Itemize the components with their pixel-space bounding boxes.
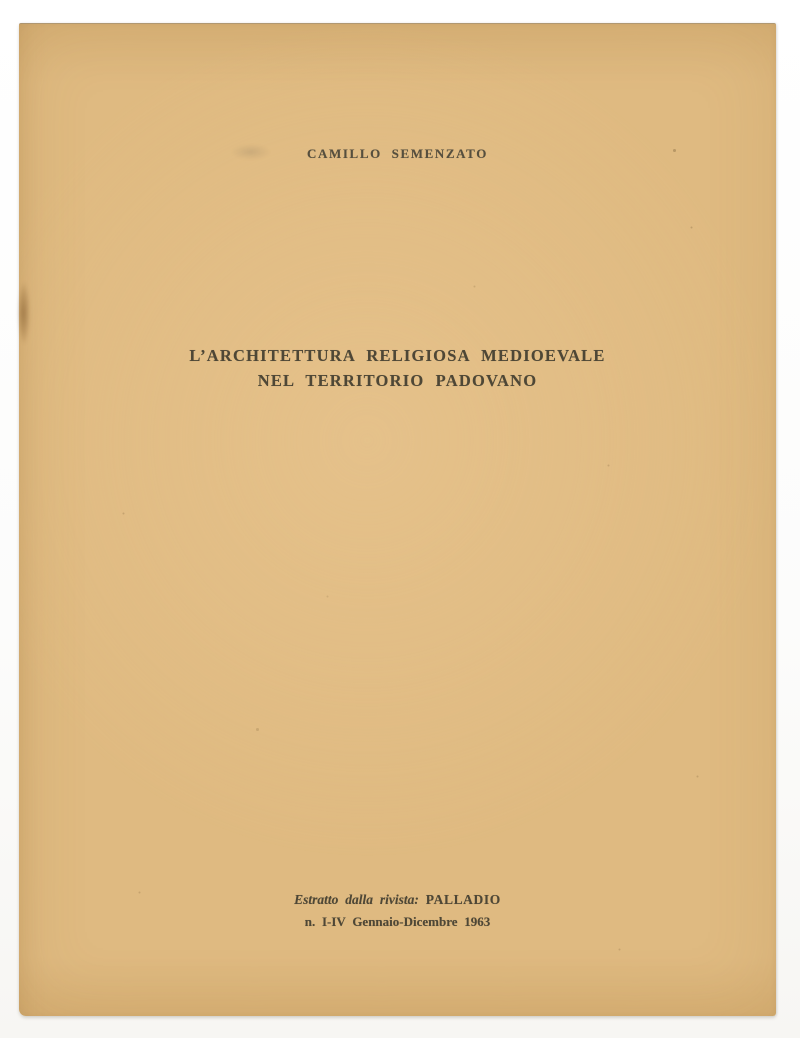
booklet-cover-page: CAMILLO SEMENZATO L’ARCHITETTURA RELIGIO… (19, 23, 776, 1016)
author-name: CAMILLO SEMENZATO (19, 146, 776, 162)
imprint-issue-line: n. I-IV Gennaio-Dicembre 1963 (19, 911, 776, 933)
journal-name: PALLADIO (426, 892, 501, 907)
binding-smudge-mark (19, 282, 30, 344)
scanner-background: CAMILLO SEMENZATO L’ARCHITETTURA RELIGIO… (0, 0, 800, 1038)
title-line-2: NEL TERRITORIO PADOVANO (19, 369, 776, 394)
imprint-block: Estratto dalla rivista: PALLADIO n. I-IV… (19, 889, 776, 933)
imprint-prefix: Estratto dalla rivista: (294, 892, 419, 907)
paper-foxing-specks (19, 24, 20, 25)
title-line-1: L’ARCHITETTURA RELIGIOSA MEDIOEVALE (19, 344, 776, 369)
cover-title: L’ARCHITETTURA RELIGIOSA MEDIOEVALE NEL … (19, 344, 776, 393)
imprint-line-journal: Estratto dalla rivista: PALLADIO (19, 889, 776, 911)
